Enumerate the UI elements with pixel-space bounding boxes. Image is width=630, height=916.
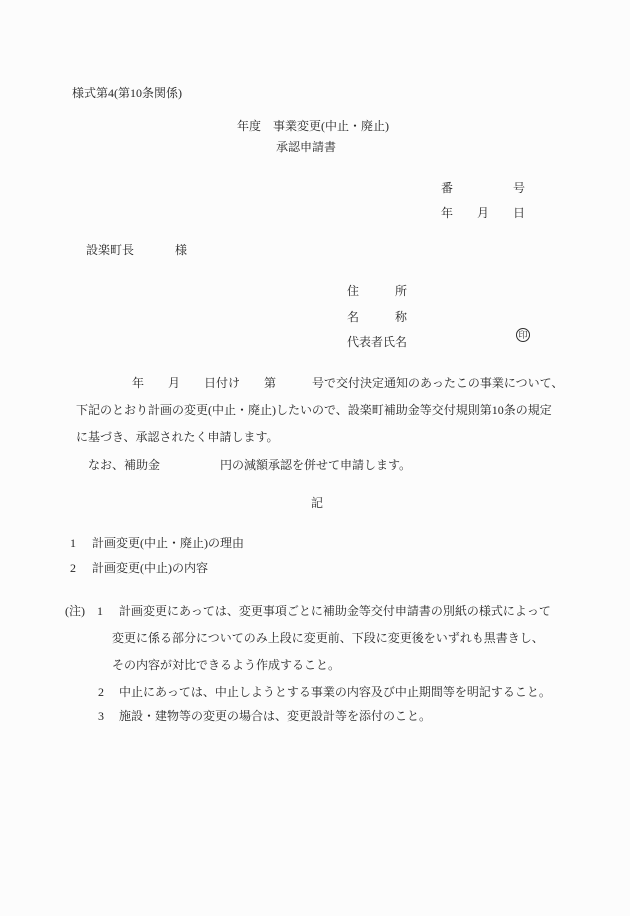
- addressee-honorific: 様: [175, 244, 187, 258]
- list-item-number: 1: [70, 537, 76, 551]
- note-item-text: 中止にあっては、中止しようとする事業の内容及び中止期間等を明記すること。: [119, 686, 551, 700]
- note-item-text: 施設・建物等の変更の場合は、変更設計等を添付のこと。: [119, 710, 431, 724]
- applicant-name-label: 名 称: [347, 311, 407, 325]
- seal-character: 印: [518, 330, 527, 340]
- note-item-text: その内容が対比できるよう作成すること。: [112, 659, 340, 673]
- note-item-number: 1: [97, 605, 103, 619]
- addressee-name: 設楽町長: [86, 244, 134, 258]
- document-title-line2: 承認申請書: [276, 141, 336, 155]
- document-page: 様式第4(第10条関係) 年度 事業変更(中止・廃止) 承認申請書 番 号 年 …: [0, 0, 630, 916]
- seal-icon: 印: [516, 328, 530, 342]
- document-title-line1: 年度 事業変更(中止・廃止): [237, 120, 389, 134]
- list-item-number: 2: [70, 562, 76, 576]
- record-heading: 記: [311, 497, 323, 511]
- document-date-field: 年 月 日: [441, 207, 525, 221]
- body-paragraph-line4: なお、補助金 円の減額承認を併せて申請します。: [88, 459, 411, 473]
- notes-label: (注): [65, 605, 85, 619]
- note-item-number: 2: [98, 686, 104, 700]
- body-paragraph-line1: 年 月 日付け 第 号で交付決定通知のあったこの事業について、: [132, 377, 563, 391]
- form-number-label: 様式第4(第10条関係): [72, 87, 182, 101]
- applicant-address-label: 住 所: [347, 285, 407, 299]
- applicant-representative-label: 代表者氏名: [347, 336, 407, 350]
- note-item-number: 3: [98, 710, 104, 724]
- note-item-text: 変更に係る部分についてのみ上段に変更前、下段に変更後をいずれも黒書きし、: [112, 632, 544, 646]
- note-item-text: 計画変更にあっては、変更事項ごとに補助金等交付申請書の別紙の様式によって: [119, 605, 551, 619]
- list-item-text: 計画変更(中止・廃止)の理由: [92, 537, 244, 551]
- body-paragraph-line3: に基づき、承認されたく申請します。: [76, 431, 279, 445]
- list-item-text: 計画変更(中止)の内容: [92, 562, 208, 576]
- body-paragraph-line2: 下記のとおり計画の変更(中止・廃止)したいので、設楽町補助金等交付規則第10条の…: [76, 404, 552, 418]
- document-number-field: 番 号: [441, 182, 525, 196]
